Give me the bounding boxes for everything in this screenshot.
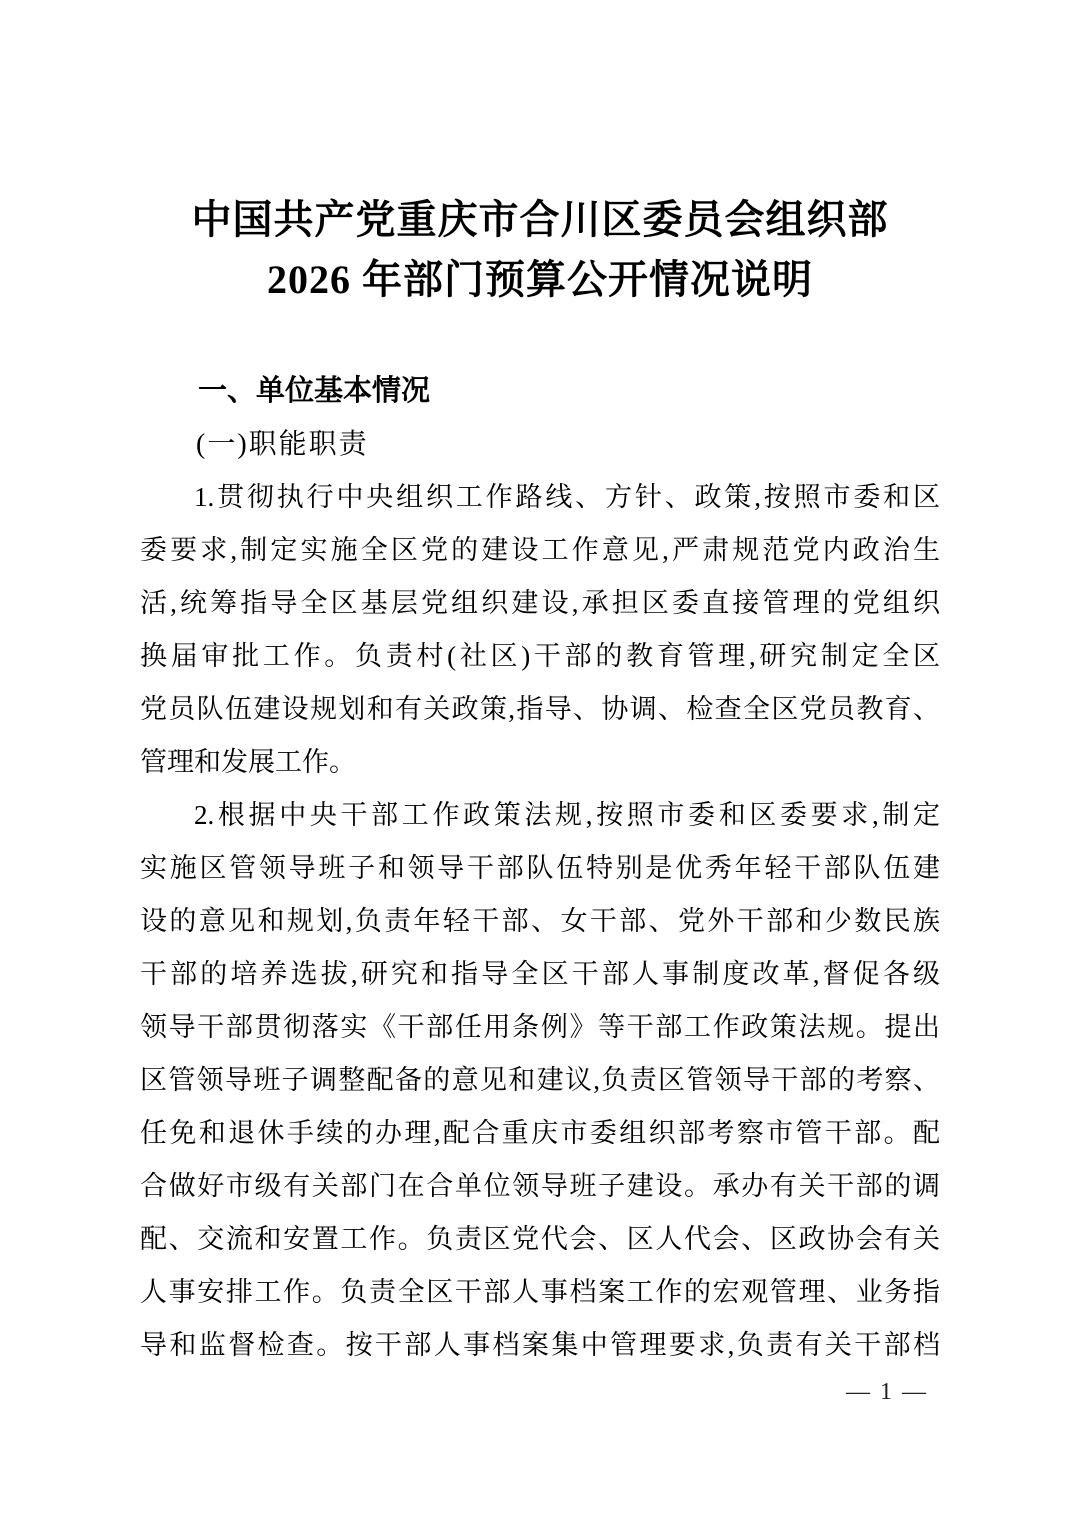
body-line: 区管领导班子调整配备的意见和建议,负责区管领导干部的考察、: [140, 1054, 940, 1107]
body-line: 实施区管领导班子和领导干部队伍特别是优秀年轻干部队伍建: [140, 842, 940, 895]
document-title: 中国共产党重庆市合川区委员会组织部 2026 年部门预算公开情况说明: [140, 190, 940, 310]
body-paragraphs: 1.贯彻执行中央组织工作路线、方针、政策,按照市委和区委要求,制定实施全区党的建…: [140, 471, 940, 1372]
body-line: 换届审批工作。负责村(社区)干部的教育管理,研究制定全区: [140, 630, 940, 683]
body-line: 活,统筹指导全区基层党组织建设,承担区委直接管理的党组织: [140, 577, 940, 630]
document-title-line2: 2026 年部门预算公开情况说明: [140, 250, 940, 310]
body-line: 干部的培养选拔,研究和指导全区干部人事制度改革,督促各级: [140, 948, 940, 1001]
para-2: 2.根据中央干部工作政策法规,按照市委和区委要求,制定实施区管领导班子和领导干部…: [140, 789, 940, 1372]
body-line: 任免和退休手续的办理,配合重庆市委组织部考察市管干部。配: [140, 1107, 940, 1160]
body-line: 人事安排工作。负责全区干部人事档案工作的宏观管理、业务指: [140, 1266, 940, 1319]
body-line: 党员队伍建设规划和有关政策,指导、协调、检查全区党员教育、: [140, 683, 940, 736]
section-heading: 一、单位基本情况: [140, 370, 940, 412]
body-line: 委要求,制定实施全区党的建设工作意见,严肃规范党内政治生: [140, 524, 940, 577]
body-line: 2.根据中央干部工作政策法规,按照市委和区委要求,制定: [140, 789, 940, 842]
body-line: 设的意见和规划,负责年轻干部、女干部、党外干部和少数民族: [140, 895, 940, 948]
document-page: 中国共产党重庆市合川区委员会组织部 2026 年部门预算公开情况说明 一、单位基…: [0, 0, 1074, 1520]
body-line: 配、交流和安置工作。负责区党代会、区人代会、区政协会有关: [140, 1213, 940, 1266]
body-line: 领导干部贯彻落实《干部任用条例》等干部工作政策法规。提出: [140, 1001, 940, 1054]
body-line: 导和监督检查。按干部人事档案集中管理要求,负责有关干部档: [140, 1319, 940, 1372]
body-line: 管理和发展工作。: [140, 736, 940, 789]
body-line: 合做好市级有关部门在合单位领导班子建设。承办有关干部的调: [140, 1160, 940, 1213]
body-line: 1.贯彻执行中央组织工作路线、方针、政策,按照市委和区: [140, 471, 940, 524]
document-title-line1: 中国共产党重庆市合川区委员会组织部: [140, 190, 940, 250]
para-1: 1.贯彻执行中央组织工作路线、方针、政策,按照市委和区委要求,制定实施全区党的建…: [140, 471, 940, 789]
page-number: — 1 —: [140, 1376, 940, 1408]
section-subheading: (一)职能职责: [140, 424, 940, 466]
document-content: 中国共产党重庆市合川区委员会组织部 2026 年部门预算公开情况说明 一、单位基…: [0, 0, 1074, 1408]
